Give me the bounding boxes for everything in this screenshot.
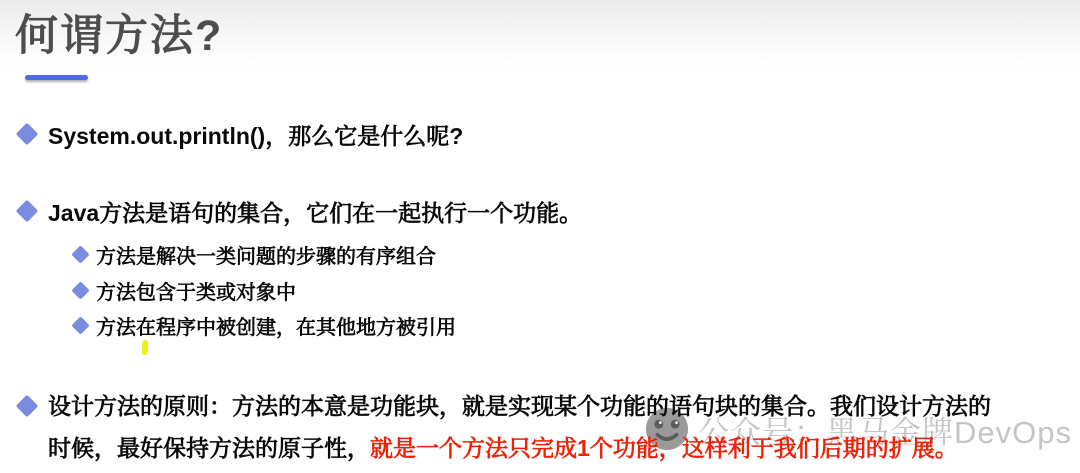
bullet-java-method-definition: Java方法是语句的集合，它们在一起执行一个功能。 <box>19 196 582 226</box>
page-title: 何谓方法? <box>15 2 223 63</box>
yellow-highlighter-mark <box>142 340 149 355</box>
slide-content: System.out.println()，那么它是什么呢? Java方法是语句的… <box>0 0 1080 473</box>
bullet-system-println: System.out.println()，那么它是什么呢? <box>19 119 463 149</box>
diamond-bullet-icon <box>16 200 39 223</box>
subbullet-contained-in-class: 方法包含于类或对象中 <box>74 277 296 303</box>
bullet-text: System.out.println()，那么它是什么呢? <box>48 118 463 151</box>
subbullet-ordered-steps: 方法是解决一类问题的步骤的有序组合 <box>74 241 436 267</box>
bullet-design-principle: 设计方法的原则：方法的本意是功能块，就是实现某个功能的语句块的集合。我们设计方法… <box>19 385 991 469</box>
bullet-text: 方法是解决一类问题的步骤的有序组合 <box>96 240 436 269</box>
presentation-slide: 公众号：黑马金牌DevOps 何谓方法? System.out.println(… <box>0 0 1080 473</box>
principle-line1: 设计方法的原则：方法的本意是功能块，就是实现某个功能的语句块的集合。我们设计方法… <box>48 393 991 419</box>
diamond-bullet-icon <box>71 316 89 334</box>
bullet-text: 方法包含于类或对象中 <box>96 276 296 305</box>
principle-line2-black: 时候，最好保持方法的原子性， <box>48 435 370 461</box>
subbullet-created-and-referenced: 方法在程序中被创建，在其他地方被引用 <box>74 312 456 338</box>
diamond-bullet-icon <box>16 395 39 418</box>
bullet-text: Java方法是语句的集合，它们在一起执行一个功能。 <box>48 195 582 228</box>
diamond-bullet-icon <box>71 245 89 263</box>
bullet-text: 方法在程序中被创建，在其他地方被引用 <box>96 311 456 340</box>
diamond-bullet-icon <box>16 123 39 146</box>
title-underline <box>25 75 88 80</box>
diamond-bullet-icon <box>71 281 89 299</box>
principle-line2-red-emphasis: 就是一个方法只完成1个功能，这样利于我们后期的扩展。 <box>370 435 958 461</box>
